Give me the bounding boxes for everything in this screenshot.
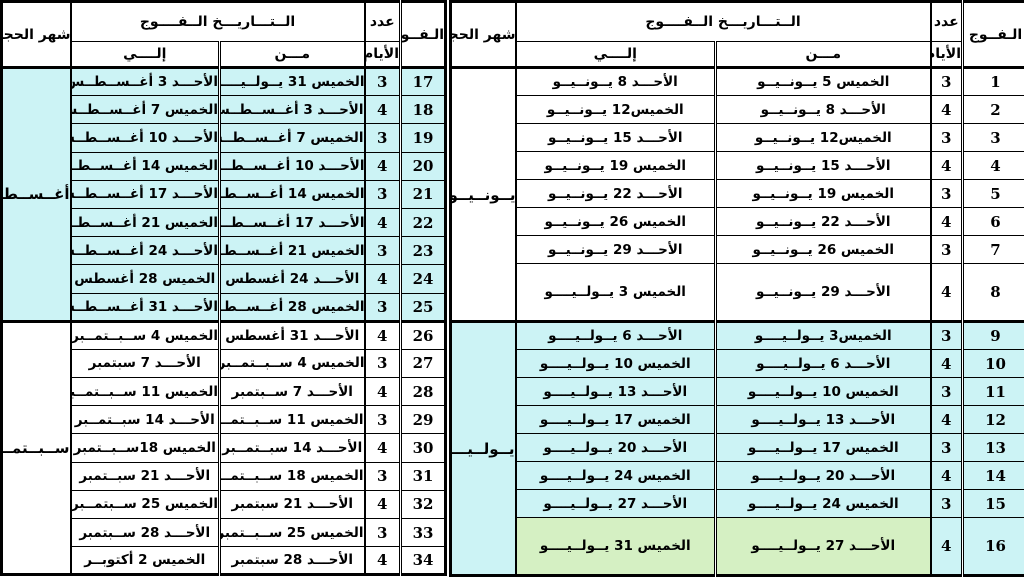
cell-group-number: 14 — [957, 462, 1023, 490]
table-row: 144الأحـــد 20 يــولــيــــوالخميس 24 يـ… — [445, 462, 1023, 490]
cell-date-from: الأحـــد 21 سبتمبر — [214, 490, 359, 518]
cell-days-count: 3 — [925, 124, 957, 152]
cell-days-count: 3 — [925, 322, 957, 350]
cell-date-to: الأحـــد 13 يــولــيــــو — [510, 378, 710, 406]
from-column-header: مـــن — [710, 42, 925, 68]
cell-date-to: الأحـــد 20 يــولــيــــو — [510, 434, 710, 462]
cell-group-number: 23 — [395, 237, 440, 265]
cell-group-number: 15 — [957, 490, 1023, 518]
cell-group-number: 11 — [957, 378, 1023, 406]
cell-date-from: الأحـــد 29 يــونــيــو — [710, 264, 925, 322]
cell-group-number: 9 — [957, 322, 1023, 350]
table-row: 284الأحـــد 7 ســبتمبرالخميس 11 ســبــتم… — [0, 378, 440, 406]
table-row: 44الأحـــد 15 يــونــيــوالخميس 19 يــون… — [445, 152, 1023, 180]
cell-days-count: 4 — [925, 152, 957, 180]
cell-days-count: 4 — [925, 462, 957, 490]
cell-days-count: 3 — [925, 68, 957, 96]
table-row: 233الخميس 21 أغــســطــسالأحـــد 24 أغــ… — [0, 237, 440, 265]
table-row: 33الخميس12 يــونــيــوالأحـــد 15 يــونـ… — [445, 124, 1023, 152]
table-row: 293الخميس 11 ســبــتمــبرالأحـــد 14 سبـ… — [0, 406, 440, 434]
table-row: 264الأحـــد 31 أغسطسالخميس 4 ســبــتمــب… — [0, 321, 440, 349]
cell-group-number: 4 — [957, 152, 1023, 180]
cell-days-count: 4 — [359, 96, 395, 124]
cell-date-to: الأحـــد 29 يــونــيــو — [510, 236, 710, 264]
table-row: 253الخميس 28 أغــســطــسالأحـــد 31 أغــ… — [0, 293, 440, 321]
table-row: 164الأحـــد 27 يــولــيــــوالخميس 31 يـ… — [445, 518, 1023, 576]
cell-group-number: 28 — [395, 378, 440, 406]
cell-date-to: الخميس 31 يــولــيــــو — [510, 518, 710, 576]
cell-date-from: الأحـــد 3 أغــســطــس — [214, 96, 359, 124]
cell-date-to: الخميس 10 يــولــيــــو — [510, 350, 710, 378]
cell-group-number: 29 — [395, 406, 440, 434]
table-row: 344الأحـــد 28 سبتمبرالخميس 2 أكتوبــر — [0, 547, 440, 575]
cell-date-to: الأحـــد 28 ســبتمبر — [65, 519, 214, 547]
table-row: 193الخميس 7 أغــســطــسالأحـــد 10 أغــس… — [0, 124, 440, 152]
table-row: 73الخميس 26 يــونــيــوالأحـــد 29 يــون… — [445, 236, 1023, 264]
cell-group-number: 19 — [395, 124, 440, 152]
table-row: 333الخميس 25 ســبــتمبرالأحـــد 28 ســبت… — [0, 519, 440, 547]
days-count-header-bottom: الأيام — [925, 42, 957, 68]
to-column-header: إلــــي — [65, 42, 214, 68]
cell-group-number: 6 — [957, 208, 1023, 236]
cell-date-from: الأحـــد 10 أغــســطــس — [214, 152, 359, 180]
cell-date-from: الخميس 28 أغــســطــس — [214, 293, 359, 321]
cell-group-number: 25 — [395, 293, 440, 321]
cell-days-count: 4 — [359, 434, 395, 462]
days-count-header-top: عدد — [925, 2, 957, 42]
cell-date-from: الخميس 11 ســبــتمــبر — [214, 406, 359, 434]
cell-date-from: الأحـــد 27 يــولــيــــو — [710, 518, 925, 576]
cell-date-from: الأحـــد 7 ســبتمبر — [214, 378, 359, 406]
table-row: 184الأحـــد 3 أغــســطــسالخميس 7 أغــسـ… — [0, 96, 440, 124]
cell-group-number: 17 — [395, 68, 440, 96]
cell-date-from: الخميس 19 يــونــيــو — [710, 180, 925, 208]
cell-group-number: 22 — [395, 208, 440, 236]
cell-days-count: 3 — [359, 180, 395, 208]
booking-month-header: شهر الحجز — [0, 2, 65, 68]
cell-group-number: 7 — [957, 236, 1023, 264]
cell-group-number: 1 — [957, 68, 1023, 96]
cell-days-count: 4 — [925, 406, 957, 434]
table-row: 24الأحـــد 8 يــونــيــوالخميس12 يــونــ… — [445, 96, 1023, 124]
table-row: 53الخميس 19 يــونــيــوالأحـــد 22 يــون… — [445, 180, 1023, 208]
cell-date-from: الأحـــد 13 يــولــيــــو — [710, 406, 925, 434]
cell-date-to: الخميس 11 ســبــتمــبر — [65, 378, 214, 406]
cell-group-number: 16 — [957, 518, 1023, 576]
cell-booking-month: يــولــيــــو — [445, 322, 510, 576]
cell-group-number: 2 — [957, 96, 1023, 124]
table-row: 273الخميس 4 ســبــتمــبرالأحـــد 7 سبتمب… — [0, 349, 440, 377]
cell-group-number: 32 — [395, 490, 440, 518]
table-row: 113الخميس 10 يــولــيــــوالأحـــد 13 يـ… — [445, 378, 1023, 406]
table-row: 13الخميس 5 يــونــيــوالأحـــد 8 يــونــ… — [445, 68, 1023, 96]
cell-date-from: الأحـــد 24 أغسطس — [214, 265, 359, 293]
cell-date-to: الخميس 21 أغــســطــس — [65, 208, 214, 236]
cell-date-to: الخميس 24 يــولــيــــو — [510, 462, 710, 490]
cell-group-number: 3 — [957, 124, 1023, 152]
cell-days-count: 4 — [359, 490, 395, 518]
cell-date-to: الأحـــد 10 أغــســطــس — [65, 124, 214, 152]
group-dates-header: الــتـــاريـــخ الــفــــوج — [65, 2, 359, 42]
cell-date-to: الأحـــد 17 أغــســطــس — [65, 180, 214, 208]
table-row: 93الخميس3 يــولــيــــوالأحـــد 6 يــولـ… — [445, 322, 1023, 350]
cell-date-to: الخميس 18ســبــتمبر — [65, 434, 214, 462]
cell-date-from: الخميس 25 ســبــتمبر — [214, 519, 359, 547]
cell-group-number: 12 — [957, 406, 1023, 434]
cell-date-from: الخميس 5 يــونــيــو — [710, 68, 925, 96]
table-row: 224الأحـــد 17 أغــســطــسالخميس 21 أغــ… — [0, 208, 440, 236]
cell-date-to: الخميس 2 أكتوبــر — [65, 547, 214, 575]
booking-schedule-page: الـفــوج عدد الــتـــاريـــخ الــفــــوج… — [0, 0, 1024, 576]
table-row: 84الأحـــد 29 يــونــيــوالخميس 3 يــولـ… — [445, 264, 1023, 322]
cell-date-to: الخميس12 يــونــيــو — [510, 96, 710, 124]
cell-group-number: 24 — [395, 265, 440, 293]
cell-booking-month: أغــســطــس — [0, 68, 65, 322]
cell-days-count: 4 — [925, 208, 957, 236]
cell-date-from: الخميس 7 أغــســطــس — [214, 124, 359, 152]
cell-group-number: 13 — [957, 434, 1023, 462]
cell-date-from: الخميس12 يــونــيــو — [710, 124, 925, 152]
cell-group-number: 5 — [957, 180, 1023, 208]
cell-date-to: الأحـــد 31 أغــســطــس — [65, 293, 214, 321]
cell-date-from: الأحـــد 20 يــولــيــــو — [710, 462, 925, 490]
days-count-header-bottom: الأيام — [359, 42, 395, 68]
cell-date-to: الخميس 28 أغسطس — [65, 265, 214, 293]
cell-days-count: 4 — [359, 208, 395, 236]
booking-month-header: شهر الحجز — [445, 2, 510, 68]
table-row: 133الخميس 17 يــولــيــــوالأحـــد 20 يـ… — [445, 434, 1023, 462]
cell-days-count: 3 — [925, 490, 957, 518]
cell-date-from: الأحـــد 28 سبتمبر — [214, 547, 359, 575]
group-column-header: الـفــوج — [395, 2, 440, 68]
days-count-header-top: عدد — [359, 2, 395, 42]
table-row: 64الأحـــد 22 يــونــيــوالخميس 26 يــون… — [445, 208, 1023, 236]
cell-date-from: الأحـــد 6 يــولــيــــو — [710, 350, 925, 378]
table-row: 104الأحـــد 6 يــولــيــــوالخميس 10 يــ… — [445, 350, 1023, 378]
cell-days-count: 4 — [359, 152, 395, 180]
schedule-table-groups-1-16: الـفــوج عدد الــتـــاريـــخ الــفــــوج… — [443, 0, 1024, 577]
cell-date-to: الخميس 4 ســبــتمــبر — [65, 321, 214, 349]
cell-group-number: 8 — [957, 264, 1023, 322]
table-row: 124الأحـــد 13 يــولــيــــوالخميس 17 يـ… — [445, 406, 1023, 434]
table-row: 213الخميس 14 أغــســطــسالأحـــد 17 أغــ… — [0, 180, 440, 208]
cell-date-to: الخميس 14 أغــســطــس — [65, 152, 214, 180]
table-row: 324الأحـــد 21 سبتمبرالخميس 25 ســبتمــب… — [0, 490, 440, 518]
cell-date-from: الأحـــد 17 أغــســطــس — [214, 208, 359, 236]
cell-group-number: 31 — [395, 462, 440, 490]
cell-date-from: الأحـــد 22 يــونــيــو — [710, 208, 925, 236]
cell-group-number: 27 — [395, 349, 440, 377]
cell-group-number: 21 — [395, 180, 440, 208]
cell-date-to: الخميس 25 ســبتمــبر — [65, 490, 214, 518]
cell-days-count: 3 — [359, 406, 395, 434]
cell-date-from: الخميس 31 يــولــيــــو — [214, 68, 359, 96]
group-dates-header: الــتـــاريـــخ الــفــــوج — [510, 2, 925, 42]
group-column-header: الـفــوج — [957, 2, 1023, 68]
cell-days-count: 3 — [359, 237, 395, 265]
cell-date-to: الخميس 7 أغــســطــس — [65, 96, 214, 124]
cell-date-from: الخميس3 يــولــيــــو — [710, 322, 925, 350]
to-column-header: إلــــي — [510, 42, 710, 68]
from-column-header: مـــن — [214, 42, 359, 68]
cell-date-to: الأحـــد 22 يــونــيــو — [510, 180, 710, 208]
table-row: 304الأحـــد 14 سبــتمــبرالخميس 18ســبــ… — [0, 434, 440, 462]
cell-days-count: 3 — [925, 236, 957, 264]
cell-days-count: 3 — [359, 519, 395, 547]
cell-date-from: الأحـــد 14 سبــتمــبر — [214, 434, 359, 462]
cell-group-number: 34 — [395, 547, 440, 575]
cell-booking-month: ســبــتمــبر — [0, 321, 65, 575]
cell-days-count: 4 — [925, 518, 957, 576]
cell-days-count: 3 — [925, 180, 957, 208]
table-row: 244الأحـــد 24 أغسطسالخميس 28 أغسطس — [0, 265, 440, 293]
cell-days-count: 4 — [359, 265, 395, 293]
cell-date-to: الأحـــد 14 سبــتمــبر — [65, 406, 214, 434]
cell-days-count: 4 — [925, 350, 957, 378]
cell-date-from: الأحـــد 31 أغسطس — [214, 321, 359, 349]
cell-days-count: 3 — [359, 293, 395, 321]
cell-days-count: 4 — [359, 321, 395, 349]
cell-date-to: الخميس 19 يــونــيــو — [510, 152, 710, 180]
cell-days-count: 3 — [359, 462, 395, 490]
cell-date-from: الأحـــد 15 يــونــيــو — [710, 152, 925, 180]
cell-days-count: 3 — [925, 378, 957, 406]
cell-date-from: الخميس 24 يــولــيــــو — [710, 490, 925, 518]
table-row: 313الخميس 18 ســبــتمــبرالأحـــد 21 سبـ… — [0, 462, 440, 490]
cell-date-from: الخميس 4 ســبــتمــبر — [214, 349, 359, 377]
cell-booking-month: يــونــيــو — [445, 68, 510, 322]
cell-days-count: 3 — [359, 349, 395, 377]
cell-group-number: 33 — [395, 519, 440, 547]
cell-date-to: الأحـــد 15 يــونــيــو — [510, 124, 710, 152]
cell-days-count: 4 — [359, 547, 395, 575]
cell-date-from: الخميس 10 يــولــيــــو — [710, 378, 925, 406]
cell-group-number: 20 — [395, 152, 440, 180]
cell-date-from: الخميس 18 ســبــتمــبر — [214, 462, 359, 490]
table-row: 204الأحـــد 10 أغــســطــسالخميس 14 أغــ… — [0, 152, 440, 180]
table-row: 153الخميس 24 يــولــيــــوالأحـــد 27 يـ… — [445, 490, 1023, 518]
cell-date-to: الخميس 26 يــونــيــو — [510, 208, 710, 236]
cell-date-to: الخميس 3 يــولــيــــو — [510, 264, 710, 322]
cell-days-count: 3 — [359, 68, 395, 96]
cell-date-from: الخميس 14 أغــســطــس — [214, 180, 359, 208]
cell-date-to: الأحـــد 8 يــونــيــو — [510, 68, 710, 96]
cell-date-to: الخميس 17 يــولــيــــو — [510, 406, 710, 434]
cell-group-number: 30 — [395, 434, 440, 462]
schedule-table-groups-17-34: الـفــوج عدد الــتـــاريـــخ الــفــــوج… — [0, 0, 441, 576]
cell-group-number: 26 — [395, 321, 440, 349]
table-row: 173الخميس 31 يــولــيــــوالأحـــد 3 أغـ… — [0, 68, 440, 96]
cell-date-to: الأحـــد 27 يــولــيــــو — [510, 490, 710, 518]
cell-group-number: 18 — [395, 96, 440, 124]
cell-date-to: الأحـــد 21 سبــتمبر — [65, 462, 214, 490]
cell-date-from: الخميس 26 يــونــيــو — [710, 236, 925, 264]
cell-date-to: الأحـــد 3 أغــســطــس — [65, 68, 214, 96]
cell-days-count: 4 — [925, 96, 957, 124]
cell-days-count: 4 — [925, 264, 957, 322]
cell-date-to: الأحـــد 7 سبتمبر — [65, 349, 214, 377]
cell-date-to: الأحـــد 6 يــولــيــــو — [510, 322, 710, 350]
cell-date-to: الأحـــد 24 أغــســطــس — [65, 237, 214, 265]
cell-days-count: 3 — [925, 434, 957, 462]
cell-days-count: 3 — [359, 124, 395, 152]
cell-date-from: الخميس 21 أغــســطــس — [214, 237, 359, 265]
cell-group-number: 10 — [957, 350, 1023, 378]
cell-days-count: 4 — [359, 378, 395, 406]
cell-date-from: الخميس 17 يــولــيــــو — [710, 434, 925, 462]
cell-date-from: الأحـــد 8 يــونــيــو — [710, 96, 925, 124]
